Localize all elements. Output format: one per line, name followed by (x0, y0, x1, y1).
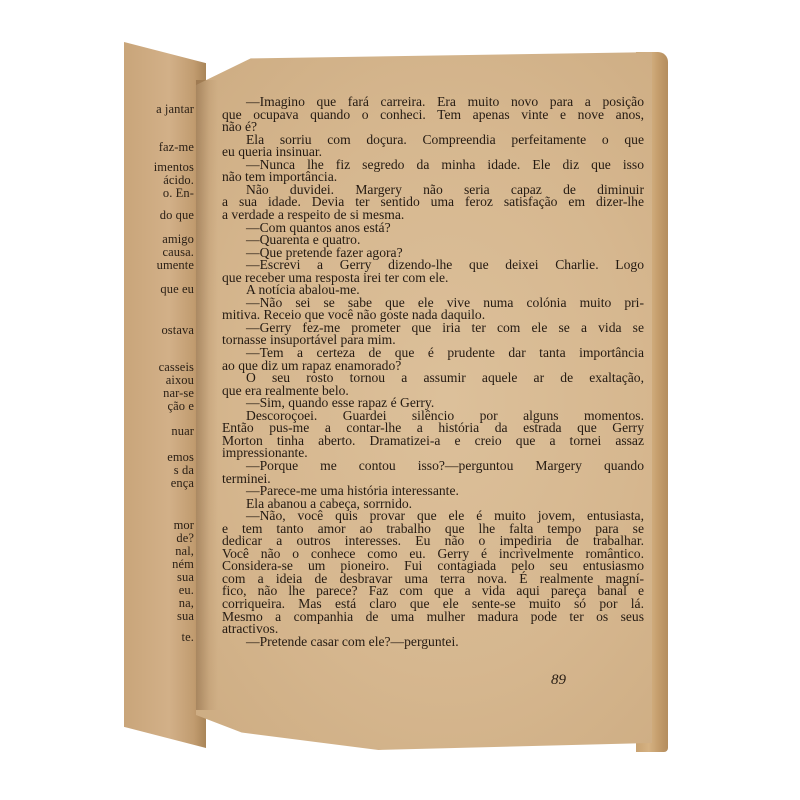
left-page-text-fragments: a jantarfaz-meimentosácido.o. En-do quea… (124, 0, 194, 800)
left-text-fragment: umente (157, 258, 194, 273)
left-text-fragment: ção e (167, 399, 194, 414)
text-line: que ocupava quando o conheci. Tem apenas… (222, 109, 644, 122)
open-book: a jantarfaz-meimentosácido.o. En-do quea… (0, 0, 800, 800)
left-text-fragment: ença (171, 476, 194, 491)
text-line: —Pretende casar com ele?—perguntei. (222, 636, 459, 649)
left-text-fragment: faz-me (159, 140, 194, 155)
page-number: 89 (551, 672, 566, 689)
left-text-fragment: a jantar (156, 102, 194, 117)
left-text-fragment: ostava (161, 323, 194, 338)
text-line: —Porque me contou isso?—perguntou Marger… (222, 460, 644, 473)
left-text-fragment: sua (177, 609, 194, 624)
left-text-fragment: te. (182, 630, 194, 645)
left-text-fragment: que eu (160, 282, 194, 297)
left-text-fragment: do que (160, 208, 194, 223)
book-gutter-shadow (196, 80, 218, 710)
text-line: Mesmo a companhia de uma mulher madura p… (222, 611, 644, 624)
left-text-fragment: o. En- (163, 186, 194, 201)
left-text-fragment: nuar (171, 424, 194, 439)
